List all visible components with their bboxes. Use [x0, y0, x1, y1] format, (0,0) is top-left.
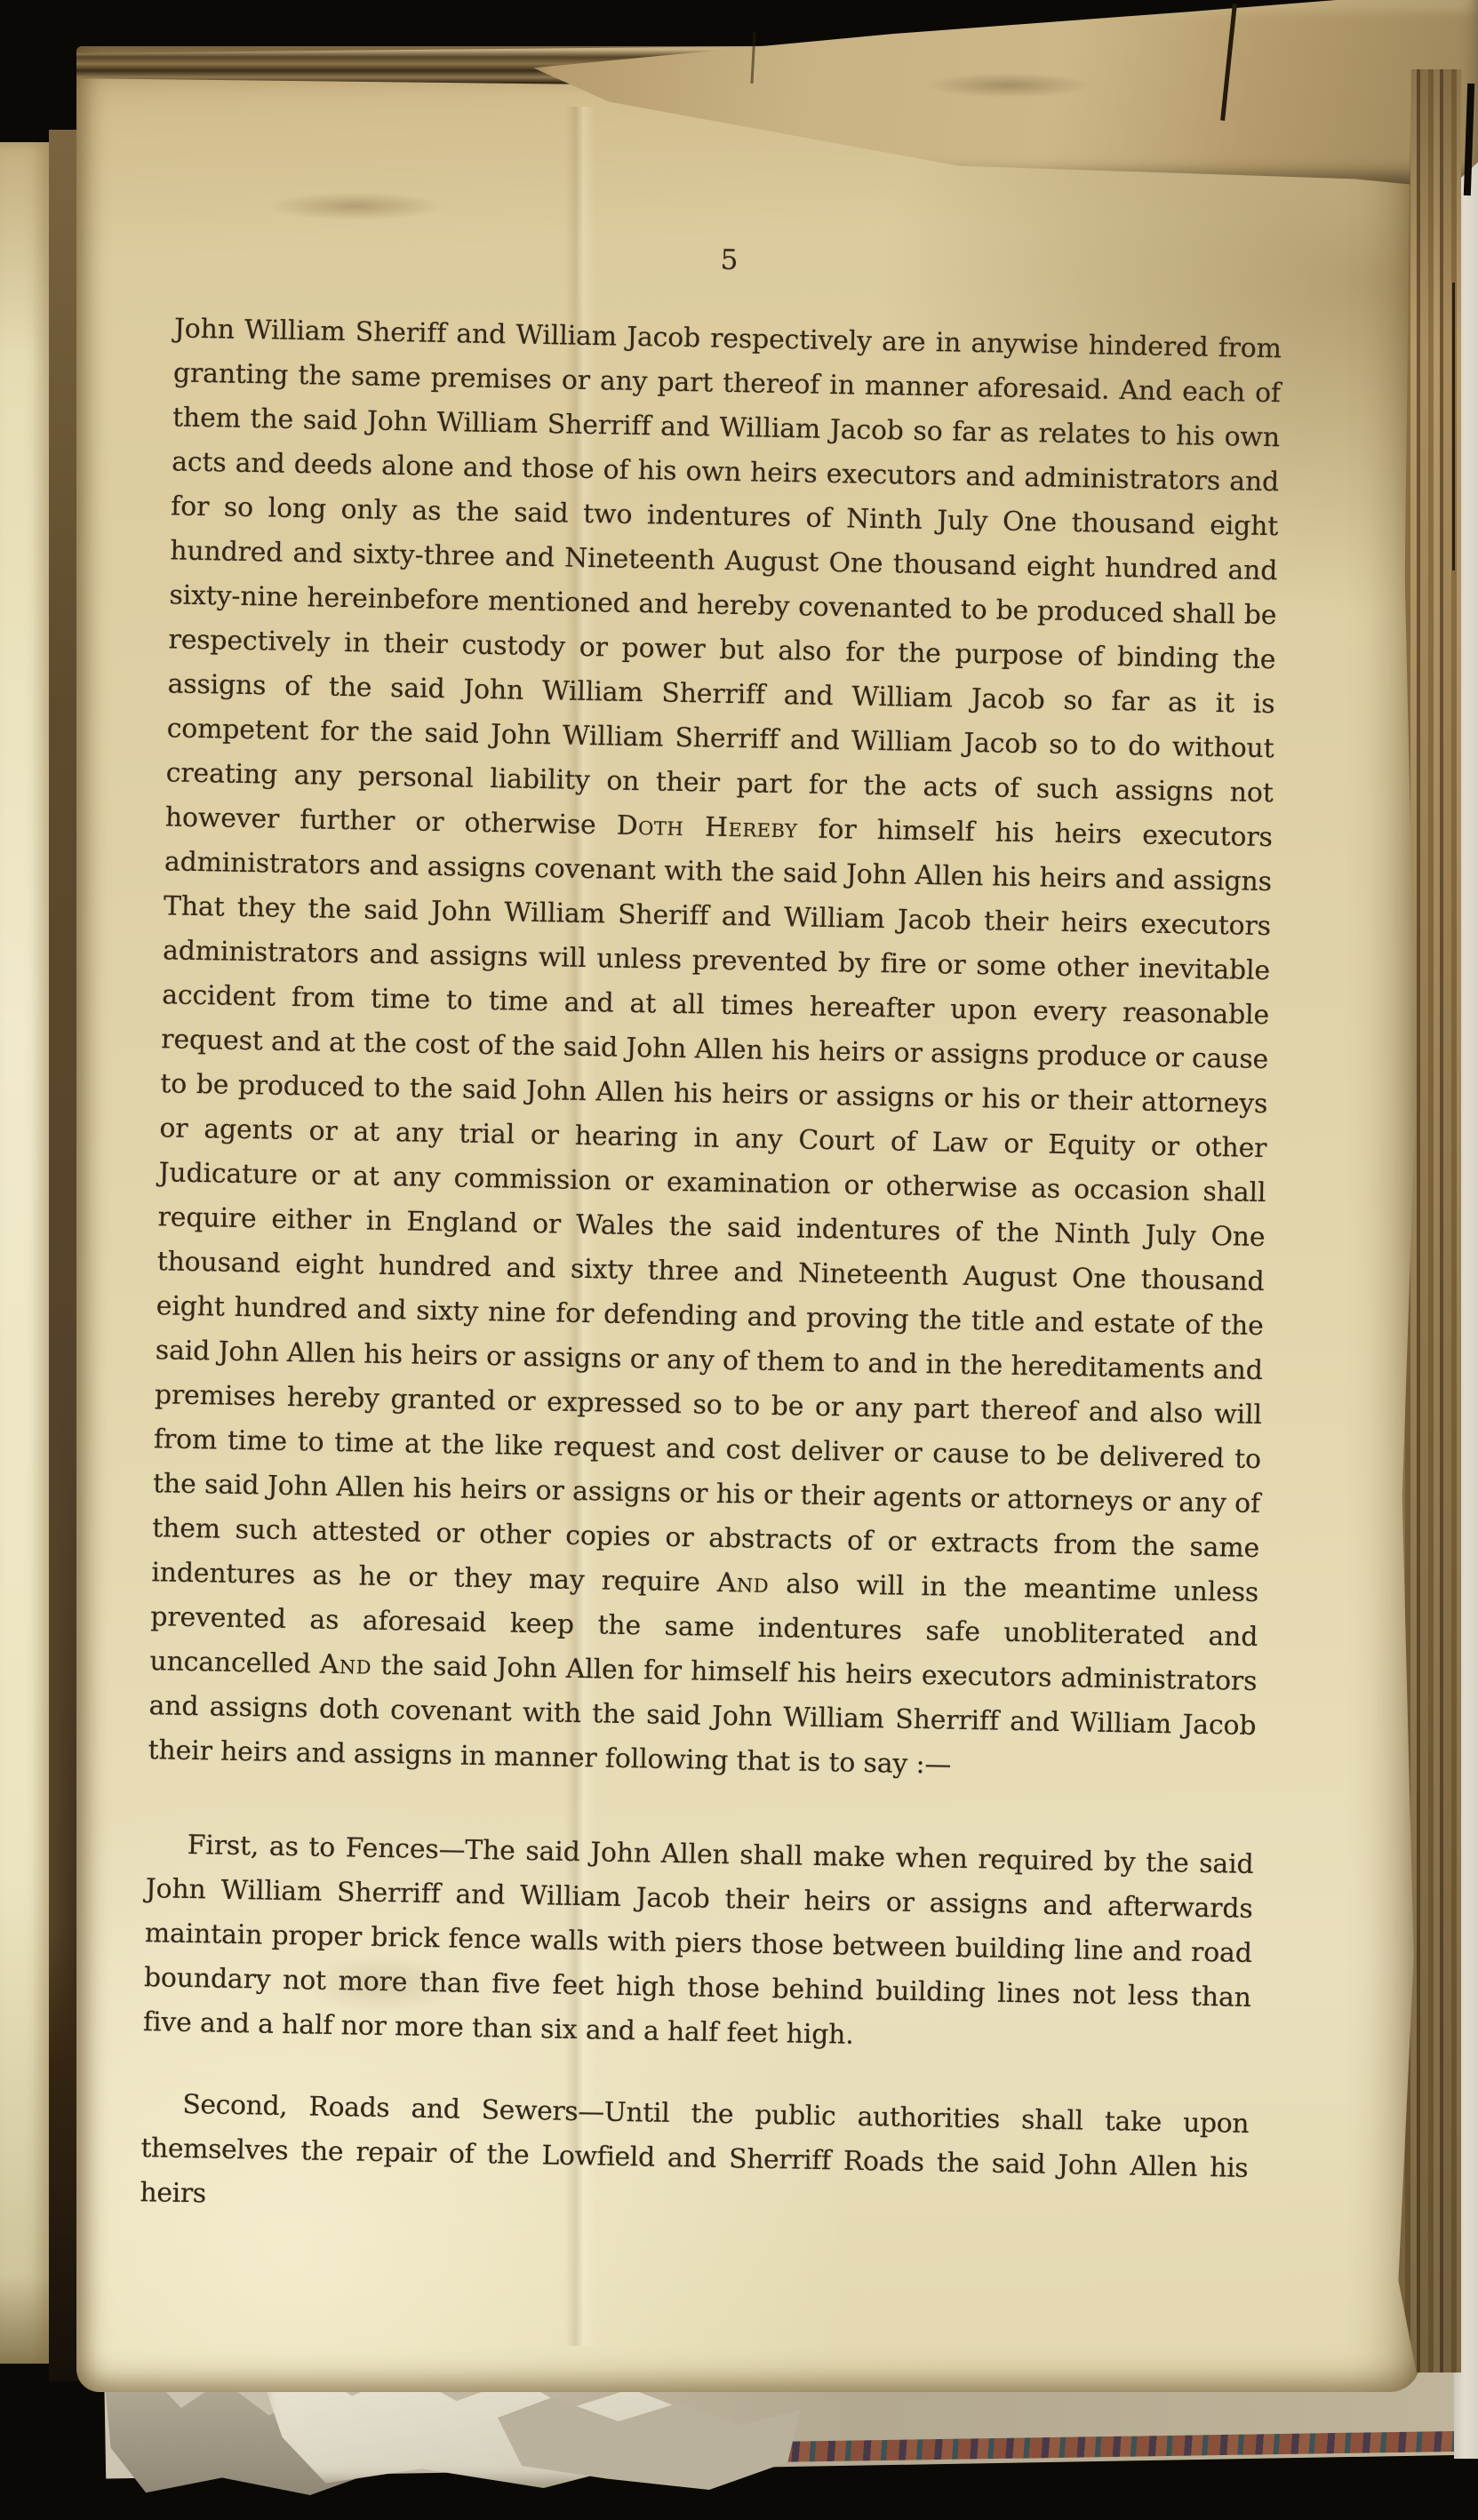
covenant-paragraph: John William Sheriff and William Jacob r…	[148, 307, 1282, 1793]
first-fences-paragraph: First, as to Fences—The said John Allen …	[143, 1822, 1254, 2065]
book-scan-photo: { "page": { "number": "5", "ink_color": …	[0, 0, 1478, 2520]
paper-stain	[267, 192, 444, 220]
previous-page-edge	[0, 142, 51, 2364]
page-text-block: 5 John William Sheriff and William Jacob…	[140, 232, 1283, 2235]
second-roads-sewers-paragraph: Second, Roads and Sewers—Until the publi…	[140, 2082, 1250, 2236]
paper-stain	[924, 73, 1093, 98]
edge-dark-mark	[1452, 283, 1455, 570]
